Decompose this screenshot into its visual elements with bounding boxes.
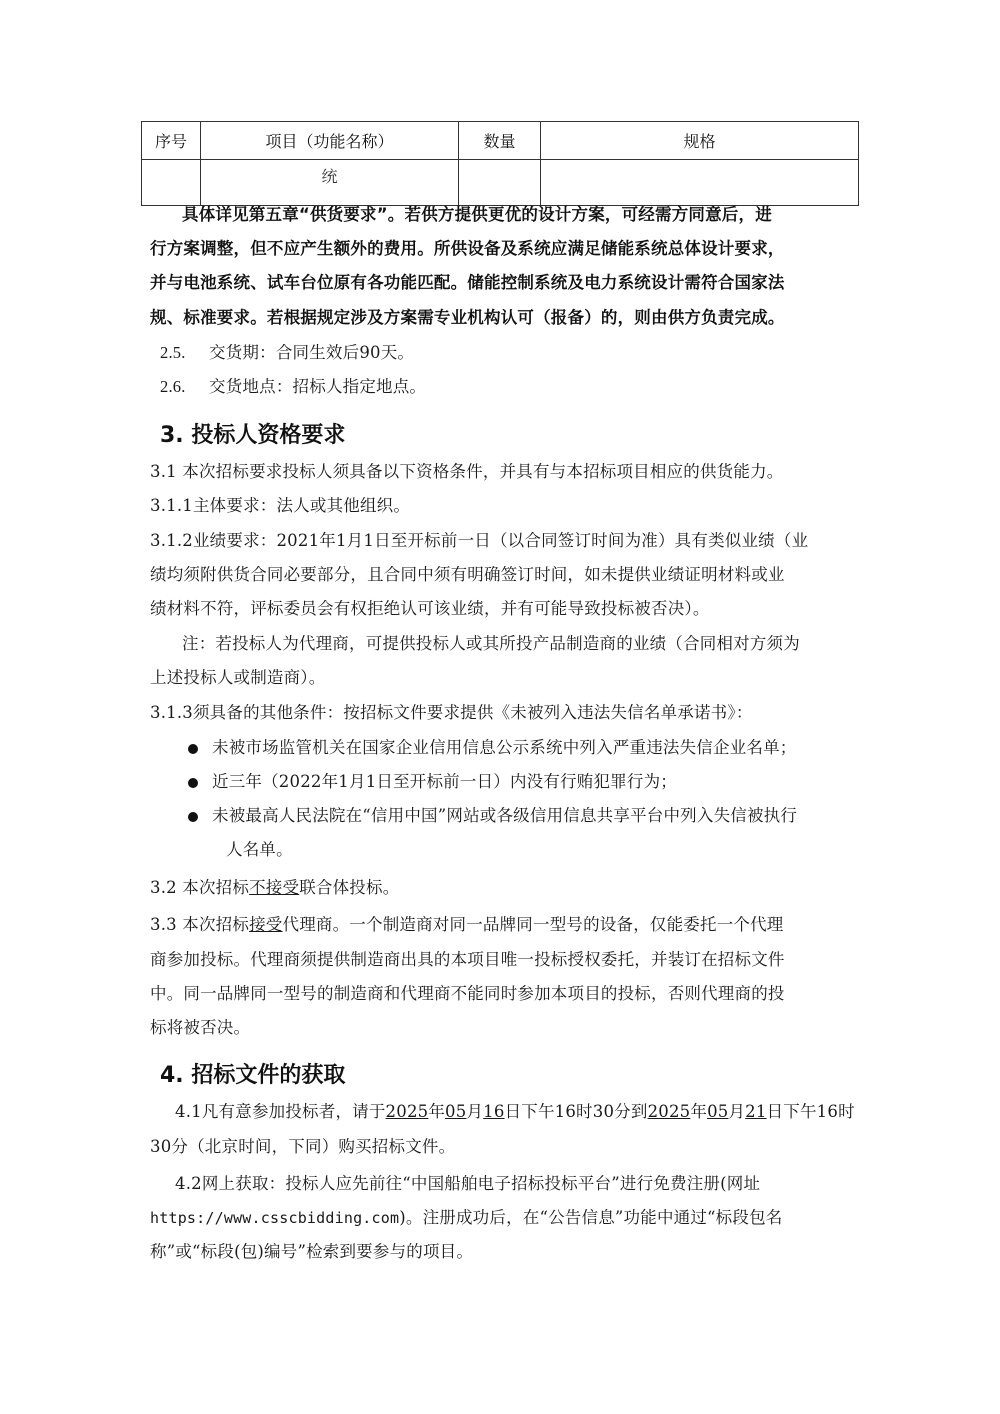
para-3-1-3: 3.1.3须具备的其他条件：按招标文件要求提供《未被列入违法失信名单承诺书》：: [150, 703, 753, 723]
para-4-2-line1: 4.2网上获取：投标人应先前往“中国船舶电子招标投标平台”进行免费注册(网址: [175, 1174, 760, 1194]
para-4-2-line2: https://www.csscbidding.com)。注册成功后，在“公告信…: [150, 1208, 782, 1228]
col-header-index: 序号: [142, 122, 201, 160]
para-3-3-line: 标将被否决。: [150, 1018, 250, 1038]
text: 月: [728, 1102, 745, 1121]
supply-paragraph-line: 具体详见第五章“供货要求”。若供方提供更优的设计方案，可经需方同意后，进: [182, 205, 772, 225]
bullet-item: 未被市场监管机关在国家企业信用信息公示系统中列入严重违法失信企业名单；: [212, 738, 797, 758]
para-3-1-2-line: 绩均须附供货合同必要部分，且合同中须有明确签订时间，如未提供业绩证明材料或业: [150, 565, 785, 585]
para-3-1-2-line: 绩材料不符，评标委员会有权拒绝认可该业绩，并有可能导致投标被否决）。: [150, 599, 710, 619]
col-header-quantity: 数量: [459, 122, 541, 160]
bullet-item: 未被最高人民法院在“信用中国”网站或各级信用信息共享平台中列入失信被执行: [212, 806, 797, 826]
bullet-item-continuation: 人名单。: [226, 840, 293, 860]
item-text: 交货期：合同生效后90天。: [209, 343, 414, 362]
item-text: 交货地点：招标人指定地点。: [209, 377, 426, 396]
bullet-item: 近三年（2022年1月1日至开标前一日）内没有行贿犯罪行为；: [212, 772, 677, 792]
section-3-heading: 3. 投标人资格要求: [160, 418, 345, 449]
para-3-1-2-line: 3.1.2业绩要求：2021年1月1日至开标前一日（以合同签订时间为准）具有类似…: [150, 531, 808, 551]
cell-index: [142, 160, 201, 206]
underlined-year: 2025: [386, 1102, 429, 1121]
text: 年: [428, 1102, 445, 1121]
para-3-1: 3.1 本次招标要求投标人须具备以下资格条件，并具有与本招标项目相应的供货能力。: [150, 462, 784, 482]
underlined-text: 不接受: [249, 878, 299, 897]
para-4-1: 4.1凡有意参加投标者，请于2025年05月16日下午16时30分到2025年0…: [175, 1102, 855, 1122]
para-4-1-line2: 30分（北京时间，下同）购买招标文件。: [150, 1137, 455, 1157]
text: 4.1凡有意参加投标者，请于: [175, 1102, 386, 1121]
supply-paragraph-line: 规、标准要求。若根据规定涉及方案需专业机构认可（报备）的，则由供方负责完成。: [150, 308, 785, 328]
underlined-month: 05: [445, 1102, 466, 1121]
para-3-1-1: 3.1.1主体要求：法人或其他组织。: [150, 496, 410, 516]
item-number: 2.6.: [160, 377, 186, 396]
para-3-3-line: 中。同一品牌同一型号的制造商和代理商不能同时参加本项目的投标，否则代理商的投: [150, 984, 785, 1004]
section-4-heading: 4. 招标文件的获取: [160, 1058, 345, 1089]
underlined-day: 16: [483, 1102, 504, 1121]
text: 代理商。一个制造商对同一品牌同一型号的设备，仅能委托一个代理: [283, 915, 784, 934]
para-3-3-line: 商参加投标。代理商须提供制造商出具的本项目唯一投标授权委托，并装订在招标文件: [150, 950, 785, 970]
table-row: 统: [142, 160, 859, 206]
para-4-2-line3: 称”或“标段(包)编号”检索到要参与的项目。: [150, 1242, 473, 1262]
text: 联合体投标。: [299, 878, 399, 897]
cell-spec: [541, 160, 859, 206]
text: )。注册成功后，在“公告信息”功能中通过“标段包名: [399, 1208, 782, 1227]
item-2-6: 2.6. 交货地点：招标人指定地点。: [160, 377, 426, 397]
spec-table: 序号 项目（功能名称） 数量 规格 统: [141, 121, 859, 206]
cell-item: 统: [201, 160, 459, 206]
bullet-icon: [188, 812, 198, 822]
document-page: 序号 项目（功能名称） 数量 规格 统 具体详见第五章“供货要求”。若供方提供更…: [0, 0, 1000, 1414]
text: 3.2 本次招标: [150, 878, 249, 897]
cell-quantity: [459, 160, 541, 206]
text: 月: [466, 1102, 483, 1121]
underlined-year: 2025: [648, 1102, 691, 1121]
para-3-2: 3.2 本次招标不接受联合体投标。: [150, 878, 399, 898]
item-2-5: 2.5. 交货期：合同生效后90天。: [160, 343, 414, 363]
note-line: 上述投标人或制造商）。: [150, 668, 325, 688]
text: 年: [690, 1102, 707, 1121]
note-line: 注：若投标人为代理商，可提供投标人或其所投产品制造商的业绩（合同相对方须为: [182, 634, 800, 654]
underlined-text: 接受: [249, 915, 282, 934]
platform-url-link[interactable]: https://www.csscbidding.com: [150, 1209, 399, 1227]
text: 日下午16时30分到: [505, 1102, 648, 1121]
item-number: 2.5.: [160, 343, 186, 362]
bullet-icon: [188, 744, 198, 754]
table-header-row: 序号 项目（功能名称） 数量 规格: [142, 122, 859, 160]
text: 3.3 本次招标: [150, 915, 249, 934]
supply-paragraph-line: 行方案调整，但不应产生额外的费用。所供设备及系统应满足储能系统总体设计要求，: [150, 239, 785, 259]
para-3-3: 3.3 本次招标接受代理商。一个制造商对同一品牌同一型号的设备，仅能委托一个代理: [150, 915, 784, 935]
col-header-spec: 规格: [541, 122, 859, 160]
bullet-icon: [188, 778, 198, 788]
supply-paragraph-line: 并与电池系统、试车台位原有各功能匹配。储能控制系统及电力系统设计需符合国家法: [150, 273, 785, 293]
underlined-day: 21: [745, 1102, 766, 1121]
underlined-month: 05: [707, 1102, 728, 1121]
text: 日下午16时: [767, 1102, 855, 1121]
col-header-item: 项目（功能名称）: [201, 122, 459, 160]
